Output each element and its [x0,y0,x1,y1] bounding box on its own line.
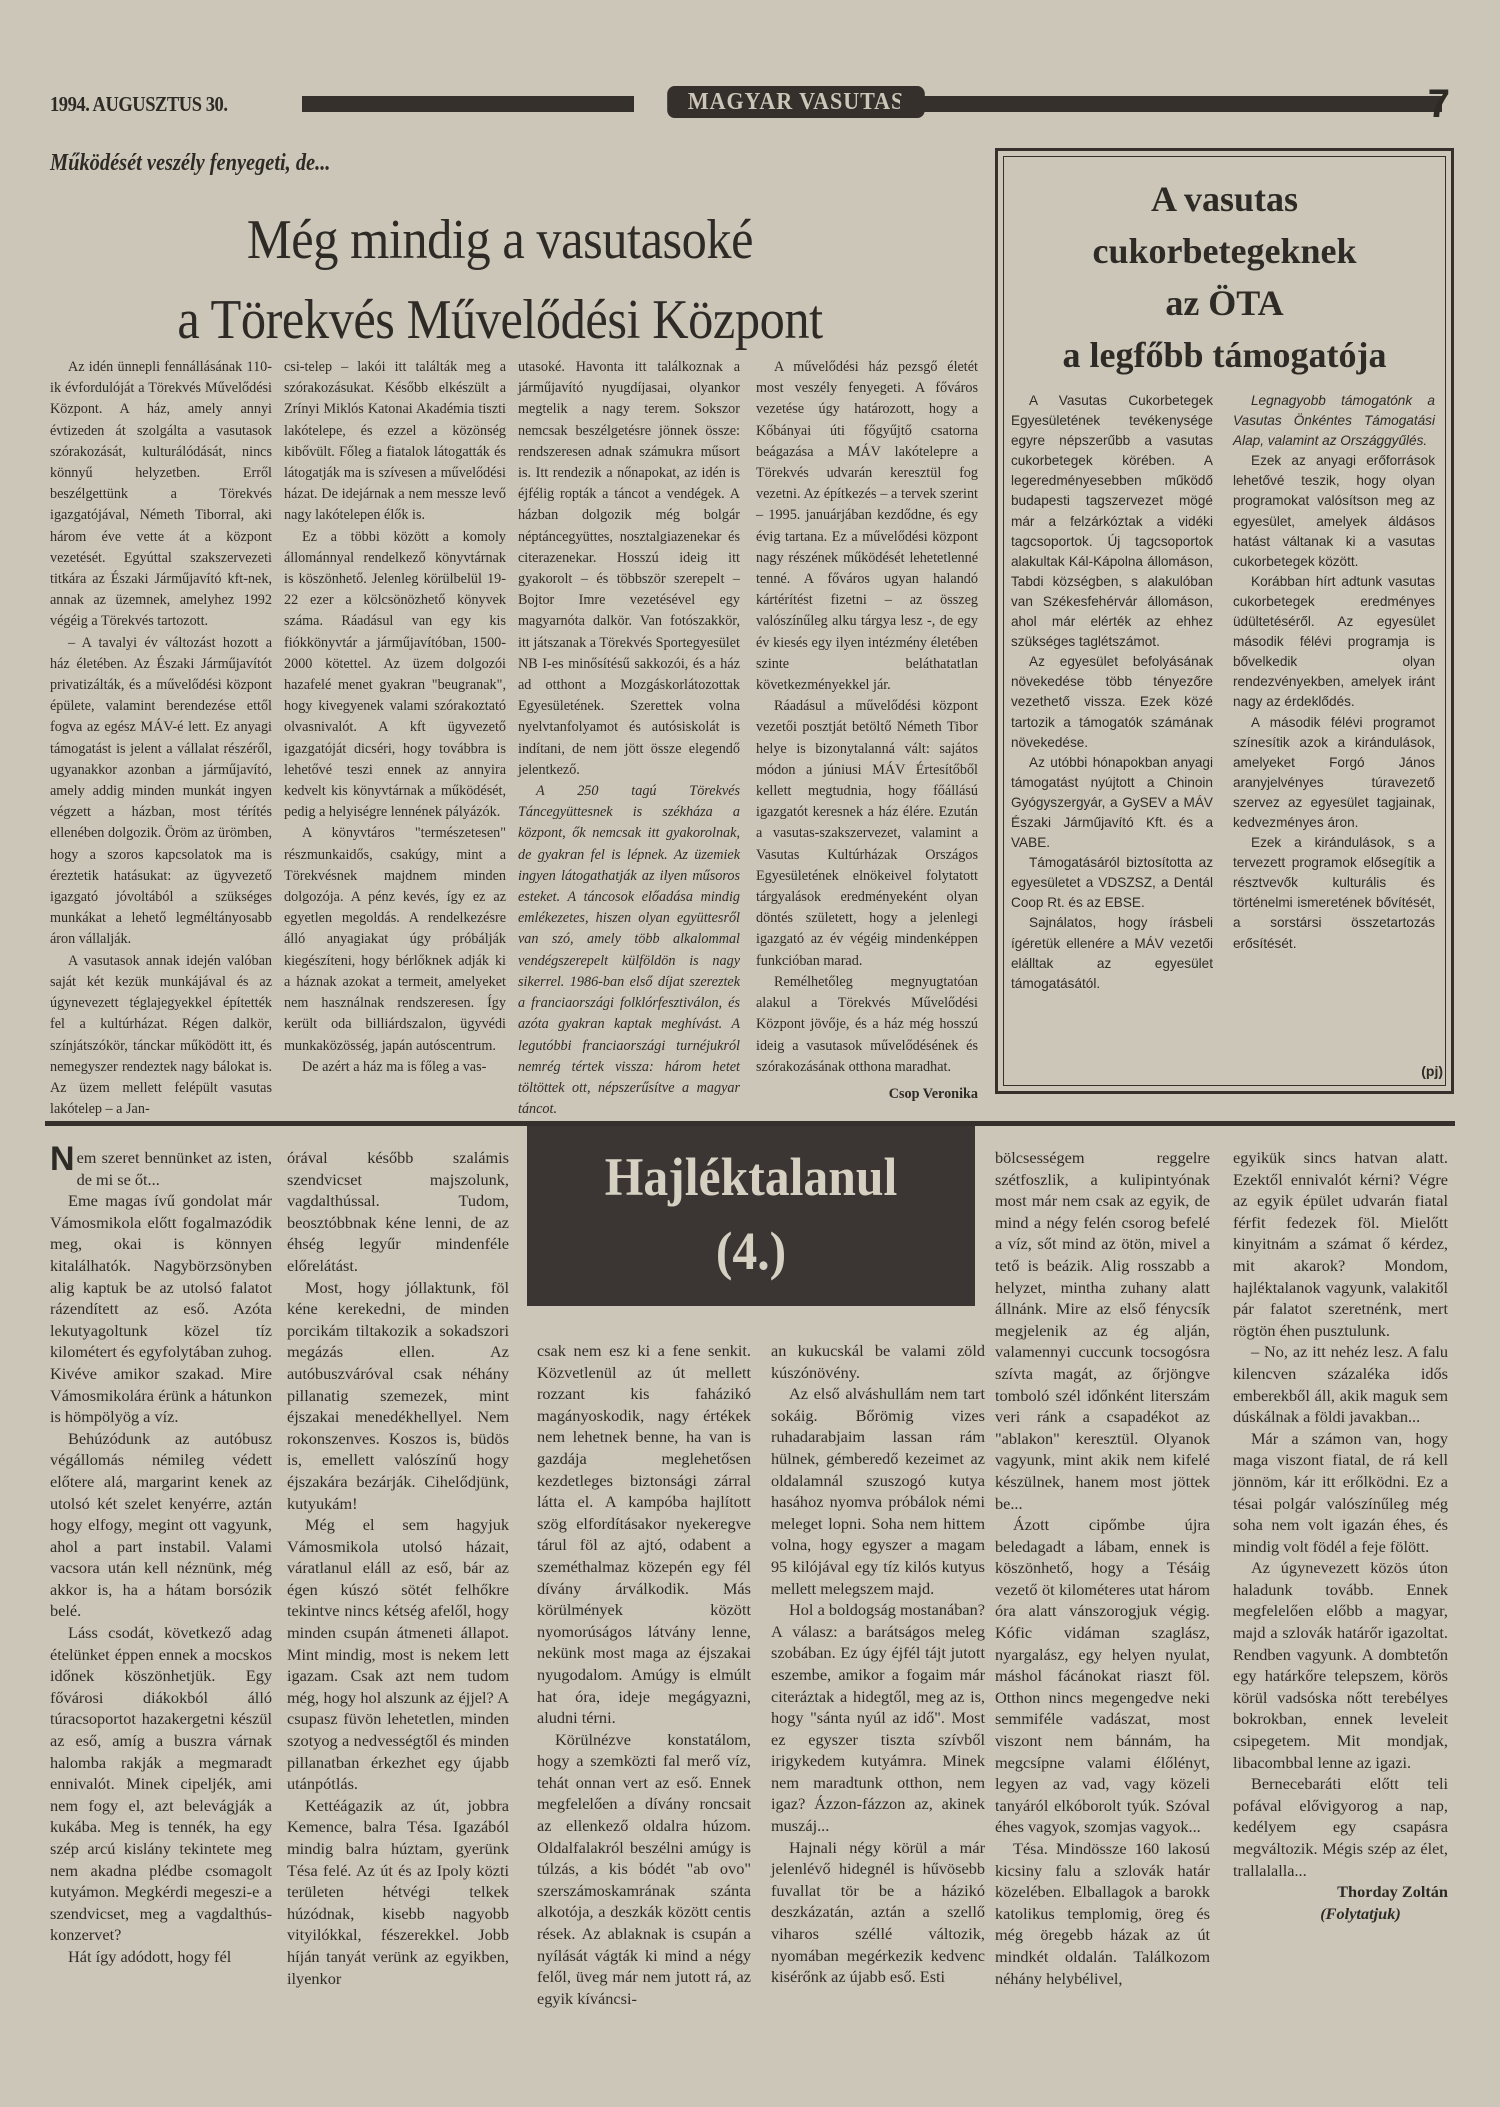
paragraph: De azért a ház ma is főleg a vas- [284,1057,506,1078]
paragraph: Kettéágazik az út, jobbra Kemence, balra… [287,1795,509,1989]
paragraph: Hajnali négy körül a már jelenlévő hideg… [771,1837,985,1988]
paragraph: A Vasutas Cukorbetegek Egyesületének tev… [1011,391,1213,652]
article1-headline-line1: Még mindig a vasutasoké [95,200,905,280]
paragraph: Ez a többi között a komoly állománnyal r… [284,527,506,824]
paragraph: Az utóbbi hónapokban anyagi támogatást n… [1011,753,1213,853]
sidebar-title-line: az ÖTA [998,277,1451,329]
paragraph: Ráadásul a művelődési központ vezetői po… [756,696,978,972]
article1-col1: Az idén ünnepli fennállásának 110-ik évf… [50,357,272,1120]
article1-kicker: Működését veszély fenyegeti, de... [50,150,330,177]
article2-col5: bölcsességem reggelre szétfoszlik, a kul… [995,1147,1210,1989]
masthead-rule-right [900,96,1442,112]
paragraph: – No, az itt nehéz lesz. A falu kilencve… [1233,1341,1448,1427]
paragraph: egyikük sincs hatvan alatt. Ezektől enni… [1233,1147,1448,1341]
paragraph: A könyvtáros "természetesen" részmunkaid… [284,823,506,1056]
masthead: 1994. AUGUSZTUS 30. MAGYAR VASUTAS 7 [50,86,1450,122]
paragraph: Bernecebaráti előtt teli pofával elővigy… [1233,1773,1448,1881]
paragraph: Hát így adódott, hogy fél [50,1946,272,1968]
article1-author: Csop Veronika [756,1084,978,1105]
paragraph: Támogatásáról biztosította az egyesülete… [1011,853,1213,913]
sidebar-box: A vasutas cukorbetegeknek az ÖTA a legfő… [995,148,1454,1094]
sidebar-col1: A Vasutas Cukorbetegek Egyesületének tev… [1011,391,1213,994]
article2-col6: egyikük sincs hatvan alatt. Ezektől enni… [1233,1147,1448,1924]
sidebar-title: A vasutas cukorbetegeknek az ÖTA a legfő… [998,173,1451,381]
paragraph: csi-telep – lakói itt találták meg a szó… [284,357,506,527]
paragraph: Sajnálatos, hogy írásbeli ígéretük ellen… [1011,913,1213,993]
paragraph: A vasutasok annak idején valóban saját k… [50,951,272,1121]
newspaper-brand: MAGYAR VASUTAS [667,86,925,118]
paragraph: Tésa. Mindössze 160 lakosú kicsiny falu … [995,1838,1210,1989]
paragraph: Az egyesület befolyásának növekedése töb… [1011,652,1213,752]
article2-body: Nem szeret bennünket az isten, de mi se … [50,1147,1460,2047]
paragraph: an kukucskál be valami zöld kúszónövény. [771,1340,985,1383]
issue-date: 1994. AUGUSZTUS 30. [50,92,228,117]
paragraph: Korábban hírt adtunk vasutas cukorbetege… [1233,572,1435,713]
paragraph: A második félévi programot színesítik az… [1233,713,1435,834]
paragraph: Ezek a kirándulások, s a tervezett progr… [1233,833,1435,954]
article1-col4: A művelődési ház pezsgő életét most vesz… [756,357,978,1105]
article1-col3: utasoké. Havonta itt találkoznak a jármű… [518,357,740,1120]
article2-col2: órával később szalámis szendvicset majsz… [287,1147,509,1989]
paragraph: Remélhetőleg megnyugtatóan alakul a Töre… [756,972,978,1078]
paragraph: Legnagyobb támogatónk a Vasutas Önkéntes… [1233,391,1435,451]
drop-cap: N [50,1147,75,1171]
paragraph: órával később szalámis szendvicset majsz… [287,1147,509,1277]
article1-col2: csi-telep – lakói itt találták meg a szó… [284,357,506,1078]
sidebar-title-line: A vasutas [998,173,1451,225]
paragraph: Még el sem hagyjuk Vámosmikola utolsó há… [287,1514,509,1795]
paragraph: Ázott cipőmbe újra beledagadt a lábam, e… [995,1514,1210,1838]
paragraph: Az első alváshullám nem tart sokáig. Bőr… [771,1383,985,1599]
article2-author: Thorday Zoltán [1233,1881,1448,1903]
article1-headline-line2: a Törekvés Művelődési Központ [95,280,905,360]
paragraph: A 250 tagú Törekvés Táncegyüttesnek is s… [518,781,740,1120]
paragraph: Behúzódunk az autóbusz végállomás némile… [50,1428,272,1622]
article1-headline: Még mindig a vasutasoké a Törekvés Művel… [50,200,950,360]
paragraph: Ezek az anyagi erőforrások lehetővé tesz… [1233,451,1435,572]
paragraph: bölcsességem reggelre szétfoszlik, a kul… [995,1147,1210,1514]
sidebar-title-line: cukorbetegeknek [998,225,1451,277]
page-number: 7 [1428,82,1450,127]
paragraph: Már a számon van, hogy maga viszont fiat… [1233,1428,1448,1558]
article1-body: Az idén ünnepli fennállásának 110-ik évf… [50,357,980,1117]
paragraph: csak nem esz ki a fene senkit. Közvetlen… [537,1340,751,1729]
paragraph: Most, hogy jóllaktunk, föl kéne kerekedn… [287,1277,509,1515]
paragraph: em szeret bennünket az isten, de mi se ő… [77,1148,272,1189]
continued-note: (Folytatjuk) [1233,1903,1448,1925]
paragraph: Eme magas ívű gondolat már Vámosmikola e… [50,1190,272,1428]
masthead-rule-left [302,96,634,112]
sidebar-body: A Vasutas Cukorbetegek Egyesületének tev… [1011,391,1438,1041]
paragraph: A művelődési ház pezsgő életét most vesz… [756,357,978,696]
newspaper-page: 1994. AUGUSZTUS 30. MAGYAR VASUTAS 7 Műk… [0,0,1500,2107]
article2-col1: Nem szeret bennünket az isten, de mi se … [50,1147,272,1968]
sidebar-title-line: a legfőbb támogatója [998,329,1451,381]
article2-col3: csak nem esz ki a fene senkit. Közvetlen… [537,1340,751,2009]
paragraph: Hol a boldogság mostanában? A válasz: a … [771,1599,985,1837]
sidebar-author: (pj) [1421,1063,1443,1079]
sidebar-col2: Legnagyobb támogatónk a Vasutas Önkéntes… [1233,391,1435,954]
paragraph: utasoké. Havonta itt találkoznak a jármű… [518,357,740,781]
article2-col4: an kukucskál be valami zöld kúszónövény.… [771,1340,985,1988]
paragraph: Láss csodát, következő adag ételünket ép… [50,1622,272,1946]
paragraph: Körülnézve konstatálom, hogy a szemközti… [537,1729,751,2010]
paragraph: – A tavalyi év változást hozott a ház él… [50,633,272,951]
paragraph: Az idén ünnepli fennállásának 110-ik évf… [50,357,272,633]
paragraph: Az úgynevezett közös úton haladunk továb… [1233,1557,1448,1773]
